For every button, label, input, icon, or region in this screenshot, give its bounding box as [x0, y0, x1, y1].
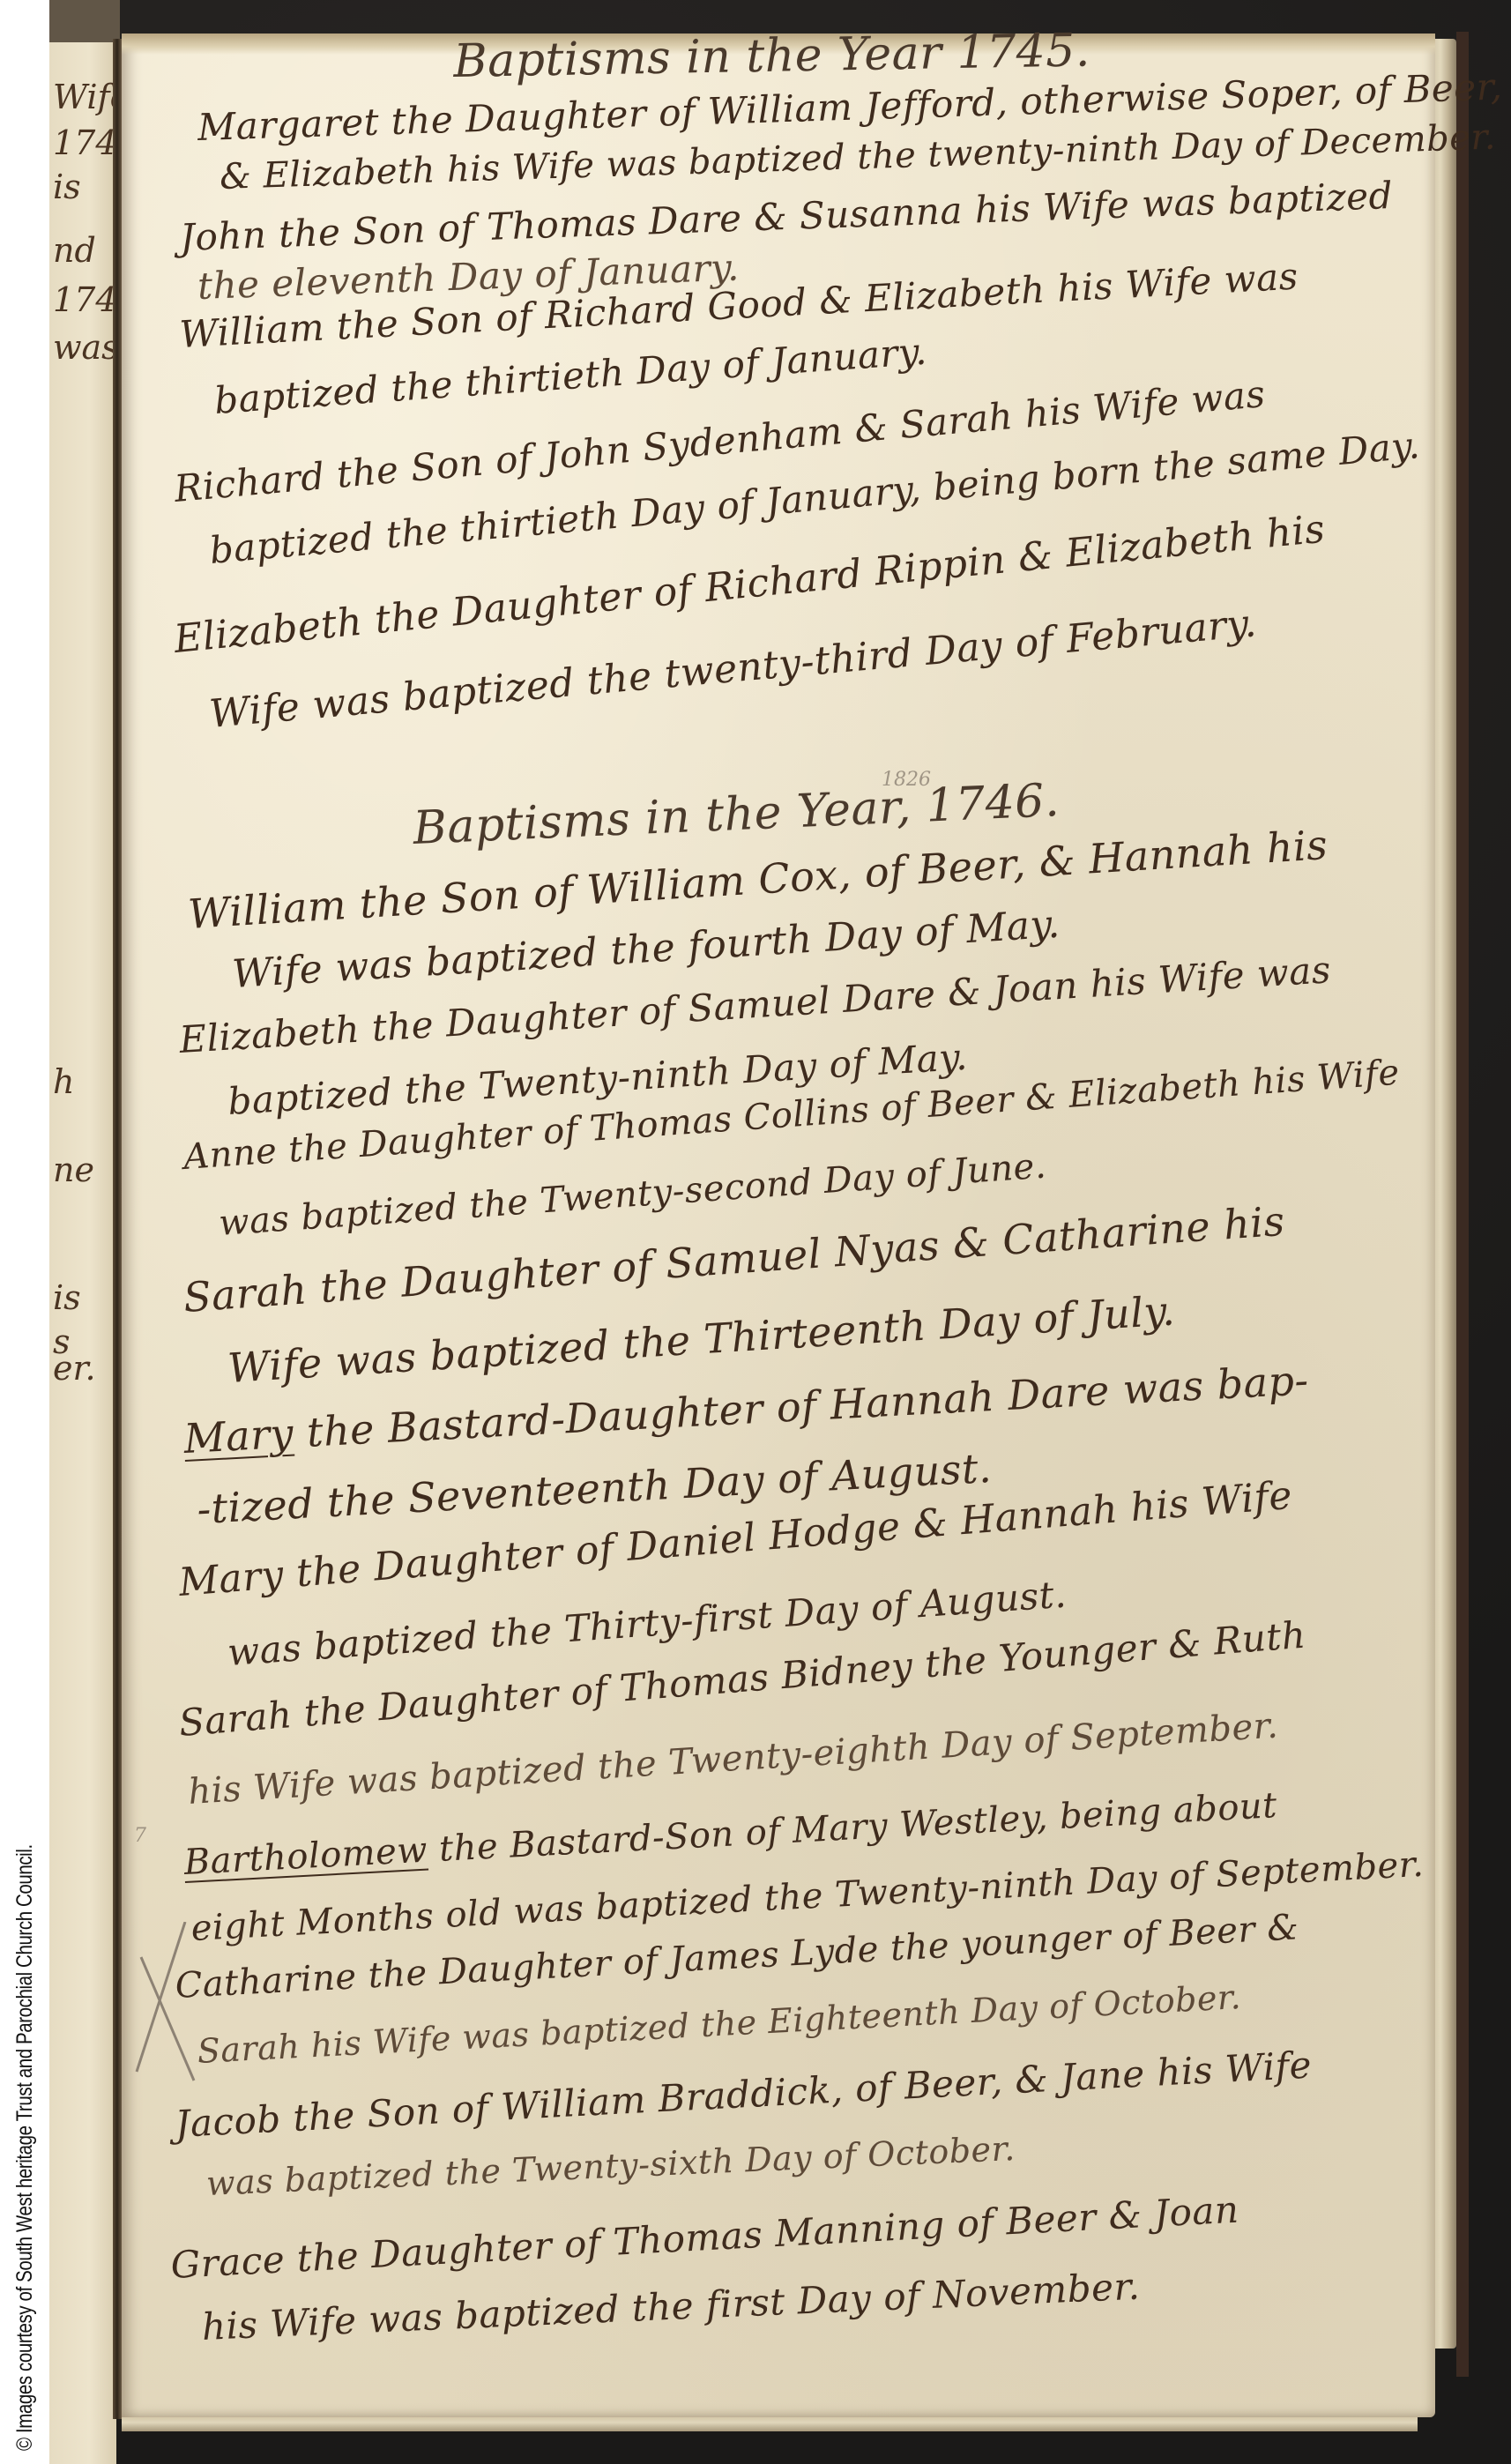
left-page-fragment: was: [53, 328, 119, 367]
left-page: [49, 42, 116, 2464]
left-page-fragment: nd: [53, 231, 96, 270]
book-gutter: [113, 39, 122, 2419]
pencil-margin-number: 7: [134, 1825, 146, 1847]
entry-line-underlined: Mary: [182, 1410, 294, 1463]
left-page-fragment: ne: [53, 1150, 94, 1189]
section-heading-1745: Baptisms in the Year 1745.: [453, 24, 1090, 88]
copyright-strip: © Images courtesy of South West heritage…: [0, 0, 49, 2464]
left-page-fragment: h: [53, 1062, 74, 1101]
left-page-fragment: is: [53, 1278, 81, 1317]
left-page-fragment: is: [53, 167, 81, 206]
left-page-top-edge: [49, 0, 120, 44]
book-cover-edge: [1456, 32, 1469, 2377]
underlined-name: Mary: [182, 1410, 294, 1463]
document-viewer: © Images courtesy of South West heritage…: [0, 0, 1511, 2464]
copyright-notice: © Images courtesy of South West heritage…: [12, 1844, 38, 2451]
left-page-fragment: er.: [53, 1349, 96, 1388]
